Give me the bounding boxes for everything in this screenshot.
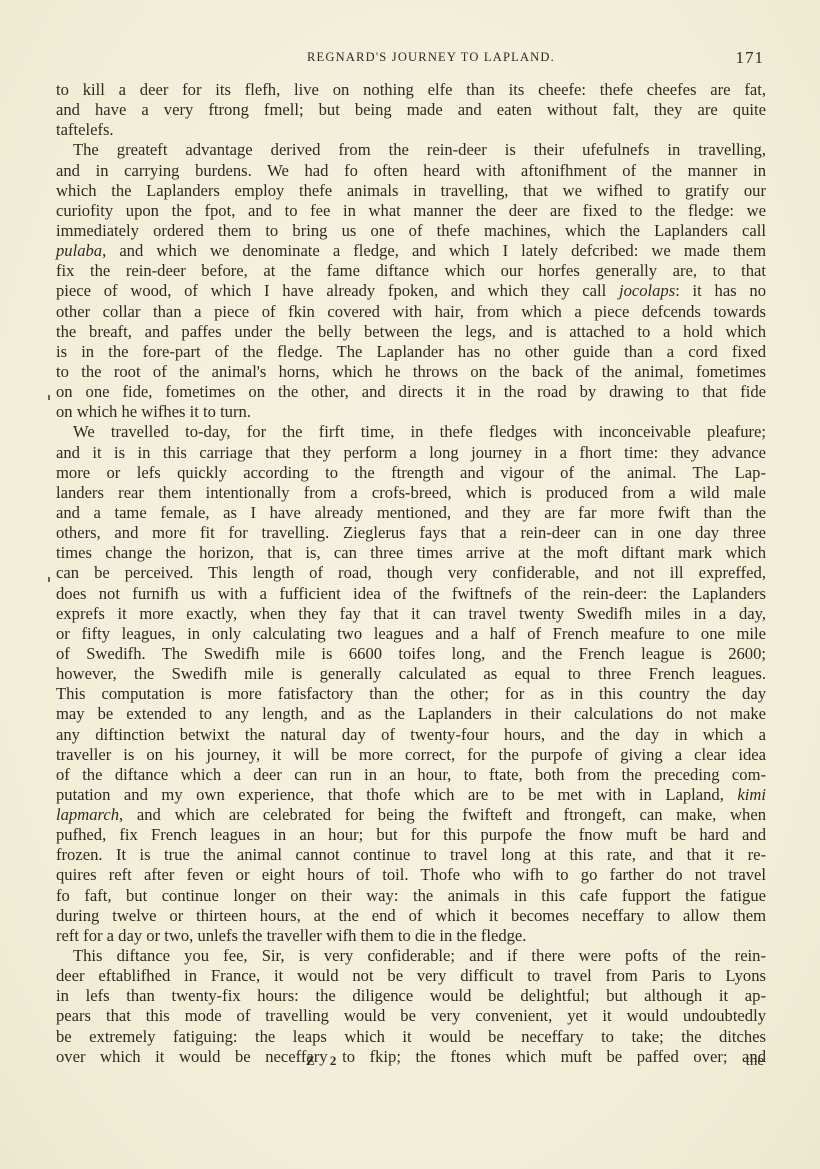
text-segment: or fifty leagues, in only calculating tw…	[56, 624, 766, 643]
text-line: or fifty leagues, in only calculating tw…	[56, 624, 766, 644]
text-segment: exprefs it more exactly, when they fay t…	[56, 604, 766, 623]
text-segment: pears that this mode of travelling would…	[56, 1006, 766, 1025]
text-line: exprefs it more exactly, when they fay t…	[56, 604, 766, 624]
text-segment: be extremely fatiguing: the leaps which …	[56, 1027, 766, 1046]
text-line: is in the fore-part of the fledge. The L…	[56, 342, 766, 362]
text-line: putation and my own experience, that tho…	[56, 785, 766, 805]
text-segment: is in the fore-part of the fledge. The L…	[56, 342, 766, 361]
body-text: to kill a deer for its flefh, live on no…	[56, 80, 766, 1067]
text-segment: during twelve or thirteen hours, at the …	[56, 906, 766, 925]
text-line: reft for a day or two, unlefs the travel…	[56, 926, 766, 946]
italic-term: kimi	[737, 785, 766, 804]
text-line: can be perceived. This length of road, t…	[56, 563, 766, 583]
text-line: during twelve or thirteen hours, at the …	[56, 906, 766, 926]
text-segment: immediately ordered them to bring us one…	[56, 221, 766, 240]
text-line: of the diftance which a deer can run in …	[56, 765, 766, 785]
text-segment: others, and more fit for travelling. Zie…	[56, 523, 766, 542]
text-line: This computation is more fatisfactory th…	[56, 684, 766, 704]
text-line: and it is in this carriage that they per…	[56, 443, 766, 463]
text-line: frozen. It is true the animal cannot con…	[56, 845, 766, 865]
text-line: more or lefs quickly according to the ft…	[56, 463, 766, 483]
catchword: the	[746, 1053, 764, 1070]
text-line: quires reft after feven or eight hours o…	[56, 865, 766, 885]
text-segment: more or lefs quickly according to the ft…	[56, 463, 766, 482]
text-line: to the root of the animal's horns, which…	[56, 362, 766, 382]
text-segment: This diftance you fee, Sir, is very conf…	[73, 946, 766, 965]
text-line: times change the horizon, that is, can t…	[56, 543, 766, 563]
text-segment: the breaft, and paffes under the belly b…	[56, 322, 766, 341]
page-footer: Z 2 the	[56, 1053, 766, 1073]
text-line: on which he wifhes it to turn.	[56, 402, 766, 422]
text-line: landers rear them intentionally from a c…	[56, 483, 766, 503]
text-line: on one fide, fometimes on the other, and…	[56, 382, 766, 402]
text-segment: of the diftance which a deer can run in …	[56, 765, 766, 784]
running-title: Regnard's Journey to Lapland.	[56, 50, 766, 65]
text-segment: to kill a deer for its flefh, live on no…	[56, 80, 766, 99]
text-line: to kill a deer for its flefh, live on no…	[56, 80, 766, 100]
text-segment: quires reft after feven or eight hours o…	[56, 865, 766, 884]
text-line: fo faft, but continue longer on their wa…	[56, 886, 766, 906]
text-line: taftelefs.	[56, 120, 766, 140]
text-line: The greateft advantage derived from the …	[56, 140, 766, 160]
text-line: immediately ordered them to bring us one…	[56, 221, 766, 241]
text-line: pufhed, fix French leagues in an hour; b…	[56, 825, 766, 845]
text-segment: traveller is on his journey, it will be …	[56, 745, 766, 764]
text-segment: fix the rein-deer before, at the fame di…	[56, 261, 766, 280]
text-segment: can be perceived. This length of road, t…	[56, 563, 766, 582]
text-segment: reft for a day or two, unlefs the travel…	[56, 926, 526, 945]
text-line: This diftance you fee, Sir, is very conf…	[56, 946, 766, 966]
book-page: Regnard's Journey to Lapland. 171 to kil…	[0, 0, 820, 1169]
text-line: pears that this mode of travelling would…	[56, 1006, 766, 1026]
text-segment: does not furnifh us with a fufficient id…	[56, 584, 766, 603]
text-segment: to the root of the animal's horns, which…	[56, 362, 766, 381]
text-segment: landers rear them intentionally from a c…	[56, 483, 766, 502]
text-line: other collar than a piece of fkin covere…	[56, 302, 766, 322]
text-line: in lefs than twenty-fix hours: the dilig…	[56, 986, 766, 1006]
text-segment: and a tame female, as I have already men…	[56, 503, 766, 522]
text-segment: may be extended to any length, and as th…	[56, 704, 766, 723]
text-segment: curiofity upon the fpot, and to fee in w…	[56, 201, 766, 220]
text-segment: , and which we denominate a fledge, and …	[102, 241, 766, 260]
text-line: deer eftablifhed in France, it would not…	[56, 966, 766, 986]
page-number: 171	[736, 48, 765, 68]
text-segment: of Swedifh. The Swedifh mile is 6600 toi…	[56, 644, 766, 663]
text-segment: The greateft advantage derived from the …	[73, 140, 766, 159]
text-line: others, and more fit for travelling. Zie…	[56, 523, 766, 543]
text-line: lapmarch, and which are celebrated for b…	[56, 805, 766, 825]
text-line: any diftinction betwixt the natural day …	[56, 725, 766, 745]
text-line: We travelled to-day, for the firft time,…	[56, 422, 766, 442]
text-segment: in lefs than twenty-fix hours: the dilig…	[56, 986, 766, 1005]
text-segment: taftelefs.	[56, 120, 114, 139]
text-segment: and it is in this carriage that they per…	[56, 443, 766, 462]
text-line: piece of wood, of which I have already f…	[56, 281, 766, 301]
text-line: does not furnifh us with a fufficient id…	[56, 584, 766, 604]
text-segment: fo faft, but continue longer on their wa…	[56, 886, 766, 905]
text-segment: putation and my own experience, that tho…	[56, 785, 737, 804]
text-segment: other collar than a piece of fkin covere…	[56, 302, 766, 321]
italic-term: lapmarch	[56, 805, 119, 824]
text-segment: deer eftablifhed in France, it would not…	[56, 966, 766, 985]
text-segment: and in carrying burdens. We had fo often…	[56, 161, 766, 180]
text-line: the breaft, and paffes under the belly b…	[56, 322, 766, 342]
text-segment: piece of wood, of which I have already f…	[56, 281, 619, 300]
text-line: and have a very ftrong fmell; but being …	[56, 100, 766, 120]
text-segment: , and which are celebrated for being the…	[119, 805, 766, 824]
text-line: be extremely fatiguing: the leaps which …	[56, 1027, 766, 1047]
text-segment: frozen. It is true the animal cannot con…	[56, 845, 766, 864]
text-line: curiofity upon the fpot, and to fee in w…	[56, 201, 766, 221]
margin-mark	[48, 395, 50, 400]
text-segment: times change the horizon, that is, can t…	[56, 543, 766, 562]
text-line: however, the Swedifh mile is generally c…	[56, 664, 766, 684]
text-segment: which the Laplanders employ thefe animal…	[56, 181, 766, 200]
text-segment: This computation is more fatisfactory th…	[56, 684, 766, 703]
text-segment: : it has no	[675, 281, 766, 300]
text-line: pulaba, and which we denominate a fledge…	[56, 241, 766, 261]
text-line: and in carrying burdens. We had fo often…	[56, 161, 766, 181]
text-line: may be extended to any length, and as th…	[56, 704, 766, 724]
margin-mark	[48, 577, 50, 582]
text-line: traveller is on his journey, it will be …	[56, 745, 766, 765]
signature-mark: Z 2	[306, 1053, 342, 1069]
italic-term: jocolaps	[619, 281, 675, 300]
text-line: of Swedifh. The Swedifh mile is 6600 toi…	[56, 644, 766, 664]
text-line: fix the rein-deer before, at the fame di…	[56, 261, 766, 281]
italic-term: pulaba	[56, 241, 102, 260]
text-segment: however, the Swedifh mile is generally c…	[56, 664, 766, 683]
text-segment: any diftinction betwixt the natural day …	[56, 725, 766, 744]
text-segment: and have a very ftrong fmell; but being …	[56, 100, 766, 119]
text-segment: on one fide, fometimes on the other, and…	[56, 382, 766, 401]
text-line: and a tame female, as I have already men…	[56, 503, 766, 523]
text-segment: pufhed, fix French leagues in an hour; b…	[56, 825, 766, 844]
text-segment: We travelled to-day, for the firft time,…	[73, 422, 766, 441]
text-line: which the Laplanders employ thefe animal…	[56, 181, 766, 201]
text-segment: on which he wifhes it to turn.	[56, 402, 251, 421]
page-header: Regnard's Journey to Lapland. 171	[56, 48, 766, 72]
